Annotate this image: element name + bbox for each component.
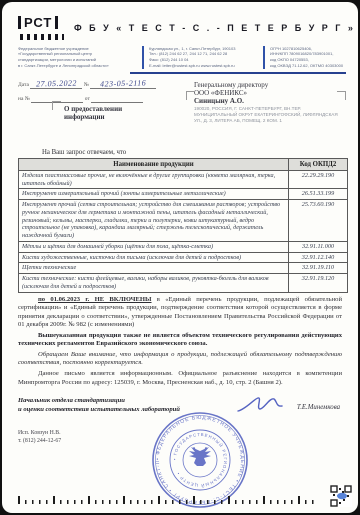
signer-name: Т.Е.Минемкова [297, 404, 340, 411]
okpd2-code-cell: 32.91.12.140 [289, 252, 348, 263]
product-name-cell: Инструмент измерительный прочий (зонты и… [19, 189, 289, 200]
okpd2-code-cell: 22.29.29.190 [289, 170, 348, 189]
addressee-block: Генеральному директору ООО «ФЕНИКС» Сини… [186, 79, 346, 145]
product-name-cell: Мётлы и щётки для домашней уборки (щётки… [19, 241, 289, 252]
sm-logo-text: СМ [355, 14, 358, 36]
address-corner-left [186, 91, 195, 100]
intro-line: На Ваш запрос отвечаем, что [18, 149, 342, 156]
paragraph-not-included: по 01.06.2023 г. НЕ ВКЛЮЧЕНЫ в «Единый п… [18, 296, 342, 330]
official-round-stamp: • ФЕДЕРАЛЬНОЕ БЮДЖЕТНОЕ УЧРЕЖДЕНИЕ • ТЕС… [150, 410, 250, 510]
table-row: Кисти технические: кисти флейцевые, вали… [19, 274, 348, 293]
number-label: № [84, 82, 89, 88]
product-name-cell: Кисти технические: кисти флейцевые, вали… [19, 274, 289, 293]
table-row: Щетки технические32.91.19.110 [19, 263, 348, 274]
ot-label: от [85, 96, 90, 102]
subject-corner-mark [52, 101, 61, 110]
address-corner-right [337, 91, 346, 100]
reply-reference-line: на № от [18, 96, 186, 103]
paragraph-informational: Данное письмо является информационным. О… [18, 370, 342, 387]
na-label: на № [18, 96, 30, 102]
sm-logo-caption: ОСНОВАН В 1900 г. [355, 37, 358, 41]
okpd2-code-cell: 25.73.60.190 [289, 200, 348, 242]
addressee-position: Генеральному директору [194, 81, 340, 89]
table-row: Мётлы и щётки для домашней уборки (щётки… [19, 241, 348, 252]
rst-logo: РСТ [18, 14, 74, 40]
letterhead-contacts: Федеральное бюджетное учреждение «Госуда… [2, 43, 358, 69]
addressee-company: ООО «ФЕНИКС» [194, 89, 340, 97]
org-info: Федеральное бюджетное учреждение «Госуда… [18, 46, 136, 69]
product-name-cell: Инструмент прочий (сетка строительная; у… [19, 200, 289, 242]
rst-logo-text: РСТ [18, 16, 58, 29]
rst-logo-bars-icon [20, 34, 64, 40]
org-registration-codes: ОГРН 1027810625406, ИНН/КПП 7809016820/7… [263, 46, 346, 69]
col-header-code: Код ОКПД2 [289, 158, 348, 170]
product-name-cell: Изделия пластмассовые прочие, не включён… [19, 170, 289, 189]
product-name-cell: Кисти художественные, кисточки для письм… [19, 252, 289, 263]
ot-blank [91, 96, 143, 103]
double-eagle-icon [189, 447, 211, 466]
table-row: Инструмент измерительный прочий (зонты и… [19, 189, 348, 200]
body-paragraphs: по 01.06.2023 г. НЕ ВКЛЮЧЕНЫ в «Единый п… [18, 296, 342, 388]
not-included-lead: по 01.06.2023 г. НЕ ВКЛЮЧЕНЫ [38, 296, 152, 303]
okpd2-code-cell: 32.91.19.120 [289, 274, 348, 293]
table-row: Изделия пластмассовые прочие, не включён… [19, 170, 348, 189]
addressee-name: Синицыну А.О. [194, 97, 340, 105]
org-address-phone: Курляндская ул., 1, г. Санкт-Петербург, … [142, 46, 257, 69]
date-handwritten: 27.05.2022 [36, 78, 77, 88]
letterhead: РСТ Ф Б У « Т Е С Т - С . - П Е Т Е Р Б … [2, 2, 358, 43]
date-label: Дата [18, 82, 29, 88]
okpd2-code-cell: 32.91.19.110 [289, 263, 348, 274]
product-name-cell: Щетки технические [19, 263, 289, 274]
table-row: Инструмент прочий (сетка строительная; у… [19, 200, 348, 242]
number-handwritten: 423-05-2116 [100, 78, 146, 88]
table-header-row: Наименование продукции Код ОКПД2 [19, 158, 348, 170]
paragraph-not-regulated: Вышеуказанная продукция также не являетс… [18, 332, 342, 349]
date-line: Дата 27.05.2022 № 423-05-2116 [18, 79, 186, 89]
reference-zone: Дата 27.05.2022 № 423-05-2116 на № от О … [2, 74, 358, 145]
okpd2-code-cell: 32.91.11.000 [289, 241, 348, 252]
subject-line: О предоставлении информации [64, 105, 154, 121]
table-row: Кисти художественные, кисточки для письм… [19, 252, 348, 263]
paragraph-attention: Обращаем Ваше внимание, что информация о… [18, 351, 342, 368]
col-header-product: Наименование продукции [19, 158, 289, 170]
addressee-address: 190020, РОССИЯ, Г. САНКТ-ПЕТЕРБУРГ, ВН.Т… [194, 106, 340, 125]
qr-code [330, 485, 352, 507]
scan-ruler-marks [18, 496, 318, 504]
product-table: Наименование продукции Код ОКПД2 Изделия… [18, 158, 348, 293]
sm-logo: СМ ОСНОВАН В 1900 г. [355, 14, 358, 41]
okpd2-code-cell: 26.51.33.199 [289, 189, 348, 200]
reference-block: Дата 27.05.2022 № 423-05-2116 на № от О … [18, 79, 186, 145]
document-page: РСТ Ф Б У « Т Е С Т - С . - П Е Т Е Р Б … [2, 2, 358, 513]
org-title: Ф Б У « Т Е С Т - С . - П Е Т Е Р Б У Р … [74, 23, 355, 33]
